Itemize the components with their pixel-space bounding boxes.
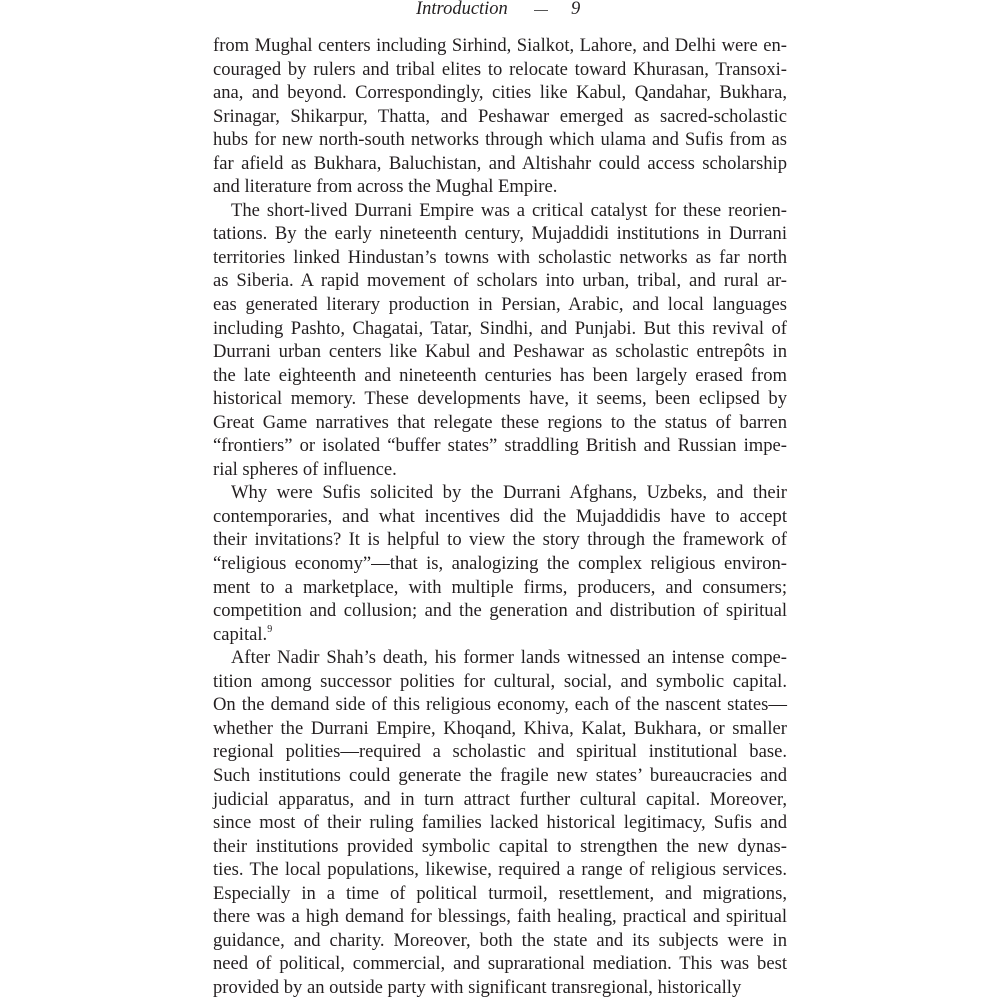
text-line: After Nadir Shah’s death, his former lan… <box>213 646 787 670</box>
text-line: provided by an outside party with signif… <box>213 976 787 1000</box>
text-line: “frontiers” or isolated “buffer states” … <box>213 434 787 458</box>
text-line: “religious economy”—that is, analogizing… <box>213 552 787 576</box>
text-line: On the demand side of this religious eco… <box>213 693 787 717</box>
text-line: Especially in a time of political turmoi… <box>213 882 787 906</box>
text-line: eas generated literary production in Per… <box>213 293 787 317</box>
text-line: their institutions provided symbolic cap… <box>213 835 787 859</box>
text-line: far afield as Bukhara, Baluchistan, and … <box>213 152 787 176</box>
text-line: their invitations? It is helpful to view… <box>213 528 787 552</box>
text-line: and literature from across the Mughal Em… <box>213 175 787 199</box>
running-header: Introduction 9 <box>0 0 1000 22</box>
text-line: capital.9 <box>213 623 787 647</box>
text-line: there was a high demand for blessings, f… <box>213 905 787 929</box>
text-line: rial spheres of influence. <box>213 458 787 482</box>
text-line: regional polities—required a scholastic … <box>213 740 787 764</box>
page-number: 9 <box>571 0 580 19</box>
text-line: hubs for new north-south networks throug… <box>213 128 787 152</box>
text-line: including Pashto, Chagatai, Tatar, Sindh… <box>213 317 787 341</box>
text-line: Such institutions could generate the fra… <box>213 764 787 788</box>
body-text: from Mughal centers including Sirhind, S… <box>213 34 787 999</box>
text-line: need of political, commercial, and supra… <box>213 952 787 976</box>
text-line: competition and collusion; and the gener… <box>213 599 787 623</box>
text-line: ties. The local populations, likewise, r… <box>213 858 787 882</box>
text-line: Durrani urban centers like Kabul and Pes… <box>213 340 787 364</box>
text-line: whether the Durrani Empire, Khoqand, Khi… <box>213 717 787 741</box>
text-line: from Mughal centers including Sirhind, S… <box>213 34 787 58</box>
text-line: Great Game narratives that relegate thes… <box>213 411 787 435</box>
running-title: Introduction <box>416 0 508 19</box>
text-line: the late eighteenth and nineteenth centu… <box>213 364 787 388</box>
text-line: The short-lived Durrani Empire was a cri… <box>213 199 787 223</box>
text-line: tition among successor polities for cult… <box>213 670 787 694</box>
text-line: judicial apparatus, and in turn attract … <box>213 788 787 812</box>
text-line: guidance, and charity. Moreover, both th… <box>213 929 787 953</box>
footnote-marker[interactable]: 9 <box>267 624 272 635</box>
text-line: ana, and beyond. Correspondingly, cities… <box>213 81 787 105</box>
text-line: ment to a marketplace, with multiple fir… <box>213 576 787 600</box>
text-line: tations. By the early nineteenth century… <box>213 222 787 246</box>
text-line: since most of their ruling families lack… <box>213 811 787 835</box>
text-line: historical memory. These developments ha… <box>213 387 787 411</box>
text-line: Why were Sufis solicited by the Durrani … <box>213 481 787 505</box>
text-line: Srinagar, Shikarpur, Thatta, and Peshawa… <box>213 105 787 129</box>
text-line: as Siberia. A rapid movement of scholars… <box>213 269 787 293</box>
text-line: couraged by rulers and tribal elites to … <box>213 58 787 82</box>
text-line: contemporaries, and what incentives did … <box>213 505 787 529</box>
text-line: territories linked Hindustan’s towns wit… <box>213 246 787 270</box>
header-dash <box>534 10 548 11</box>
